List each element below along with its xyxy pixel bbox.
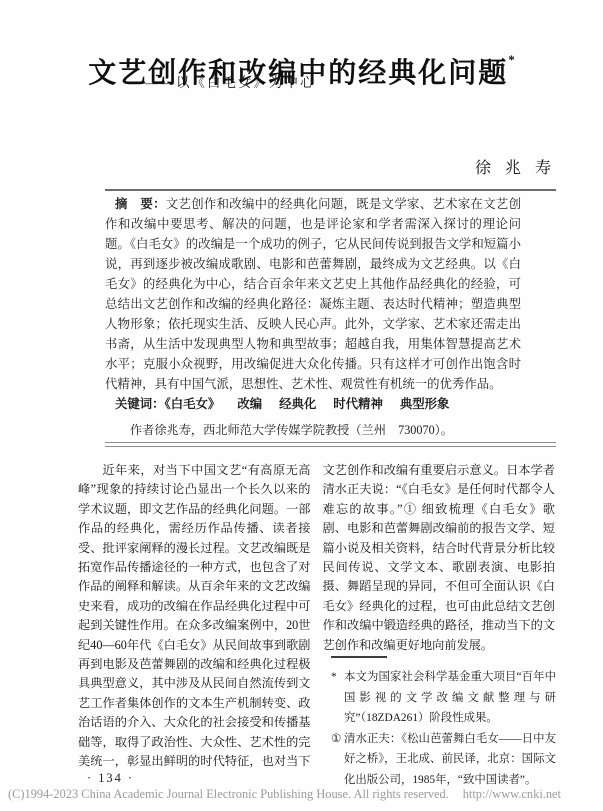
- abstract-label: 摘 要：: [115, 197, 166, 211]
- cnki-url: http://www.cnki.net: [463, 787, 561, 802]
- abstract-text: 文艺创作和改编中的经典化问题，既是文学家、艺术家在文艺创作和改编中要思考、解决的…: [105, 197, 521, 391]
- author-affiliation: 作者徐兆寿，西北师范大学传媒学院教授（兰州 730070）。: [105, 420, 521, 440]
- footnote-text: 本文为国家社会科学基金重大项目“百年中国影视的文学改编文献整理与研究”（18ZD…: [344, 667, 556, 729]
- keyword-item: 时代精神: [333, 397, 383, 411]
- keywords-label: 关键词：: [115, 397, 165, 411]
- body-paragraph-right: 文艺创作和改编有重要启示意义。日本学者清水正夫说：“《白毛女》是任何时代都令人难…: [323, 461, 556, 655]
- body-paragraph-left: 近年来，对当下中国文艺“有高原无高峰”现象的持续讨论凸显出一个长久以来的学术议题…: [78, 461, 311, 773]
- header-divider-rule: [105, 189, 556, 191]
- footnote-divider-rule: [331, 656, 387, 658]
- abstract-section: 摘 要：文艺创作和改编中的经典化问题，既是文学家、艺术家在文艺创作和改编中要思考…: [105, 194, 521, 440]
- abstract-paragraph: 摘 要：文艺创作和改编中的经典化问题，既是文学家、艺术家在文艺创作和改编中要思考…: [105, 194, 521, 394]
- title-footnote-mark: *: [508, 52, 515, 67]
- footnote-marker: ①: [323, 729, 344, 750]
- keyword-item: 改编: [237, 397, 262, 411]
- body-right-column: 文艺创作和改编有重要启示意义。日本学者清水正夫说：“《白毛女》是任何时代都令人难…: [323, 461, 556, 655]
- body-left-column: 近年来，对当下中国文艺“有高原无高峰”现象的持续讨论凸显出一个长久以来的学术议题…: [78, 461, 311, 773]
- keyword-item: 经典化: [279, 397, 316, 411]
- section-divider-rule: [105, 442, 556, 447]
- page-number: · 134 ·: [84, 771, 137, 786]
- footnotes-section: * 本文为国家社会科学基金重大项目“百年中国影视的文学改编文献整理与研究”（18…: [323, 656, 556, 790]
- journal-page: 文艺创作和改编中的经典化问题* ——以《白毛女》为中心 徐 兆 寿 摘 要：文艺…: [0, 0, 603, 811]
- keyword-item: 《白毛女》: [165, 397, 221, 411]
- footnote-marker: *: [323, 667, 344, 688]
- footnote-item: * 本文为国家社会科学基金重大项目“百年中国影视的文学改编文献整理与研究”（18…: [323, 667, 556, 729]
- author-name: 徐 兆 寿: [475, 155, 556, 178]
- page-subtitle: ——以《白毛女》为中心: [145, 71, 316, 91]
- keyword-item: 典型形象: [400, 397, 450, 411]
- footnote-item: ① 清水正夫：《松山芭蕾舞白毛女——日中友好之桥》，王北成、前民译，北京：国际文…: [323, 729, 556, 791]
- footnote-text: 清水正夫：《松山芭蕾舞白毛女——日中友好之桥》，王北成、前民译，北京：国际文化出…: [344, 729, 556, 791]
- footer-bar: (C)1994-2023 China Academic Journal Elec…: [0, 787, 603, 802]
- copyright-text: (C)1994-2023 China Academic Journal Elec…: [8, 787, 449, 802]
- keywords-line: 关键词：《白毛女》改编经典化时代精神典型形象: [105, 394, 521, 414]
